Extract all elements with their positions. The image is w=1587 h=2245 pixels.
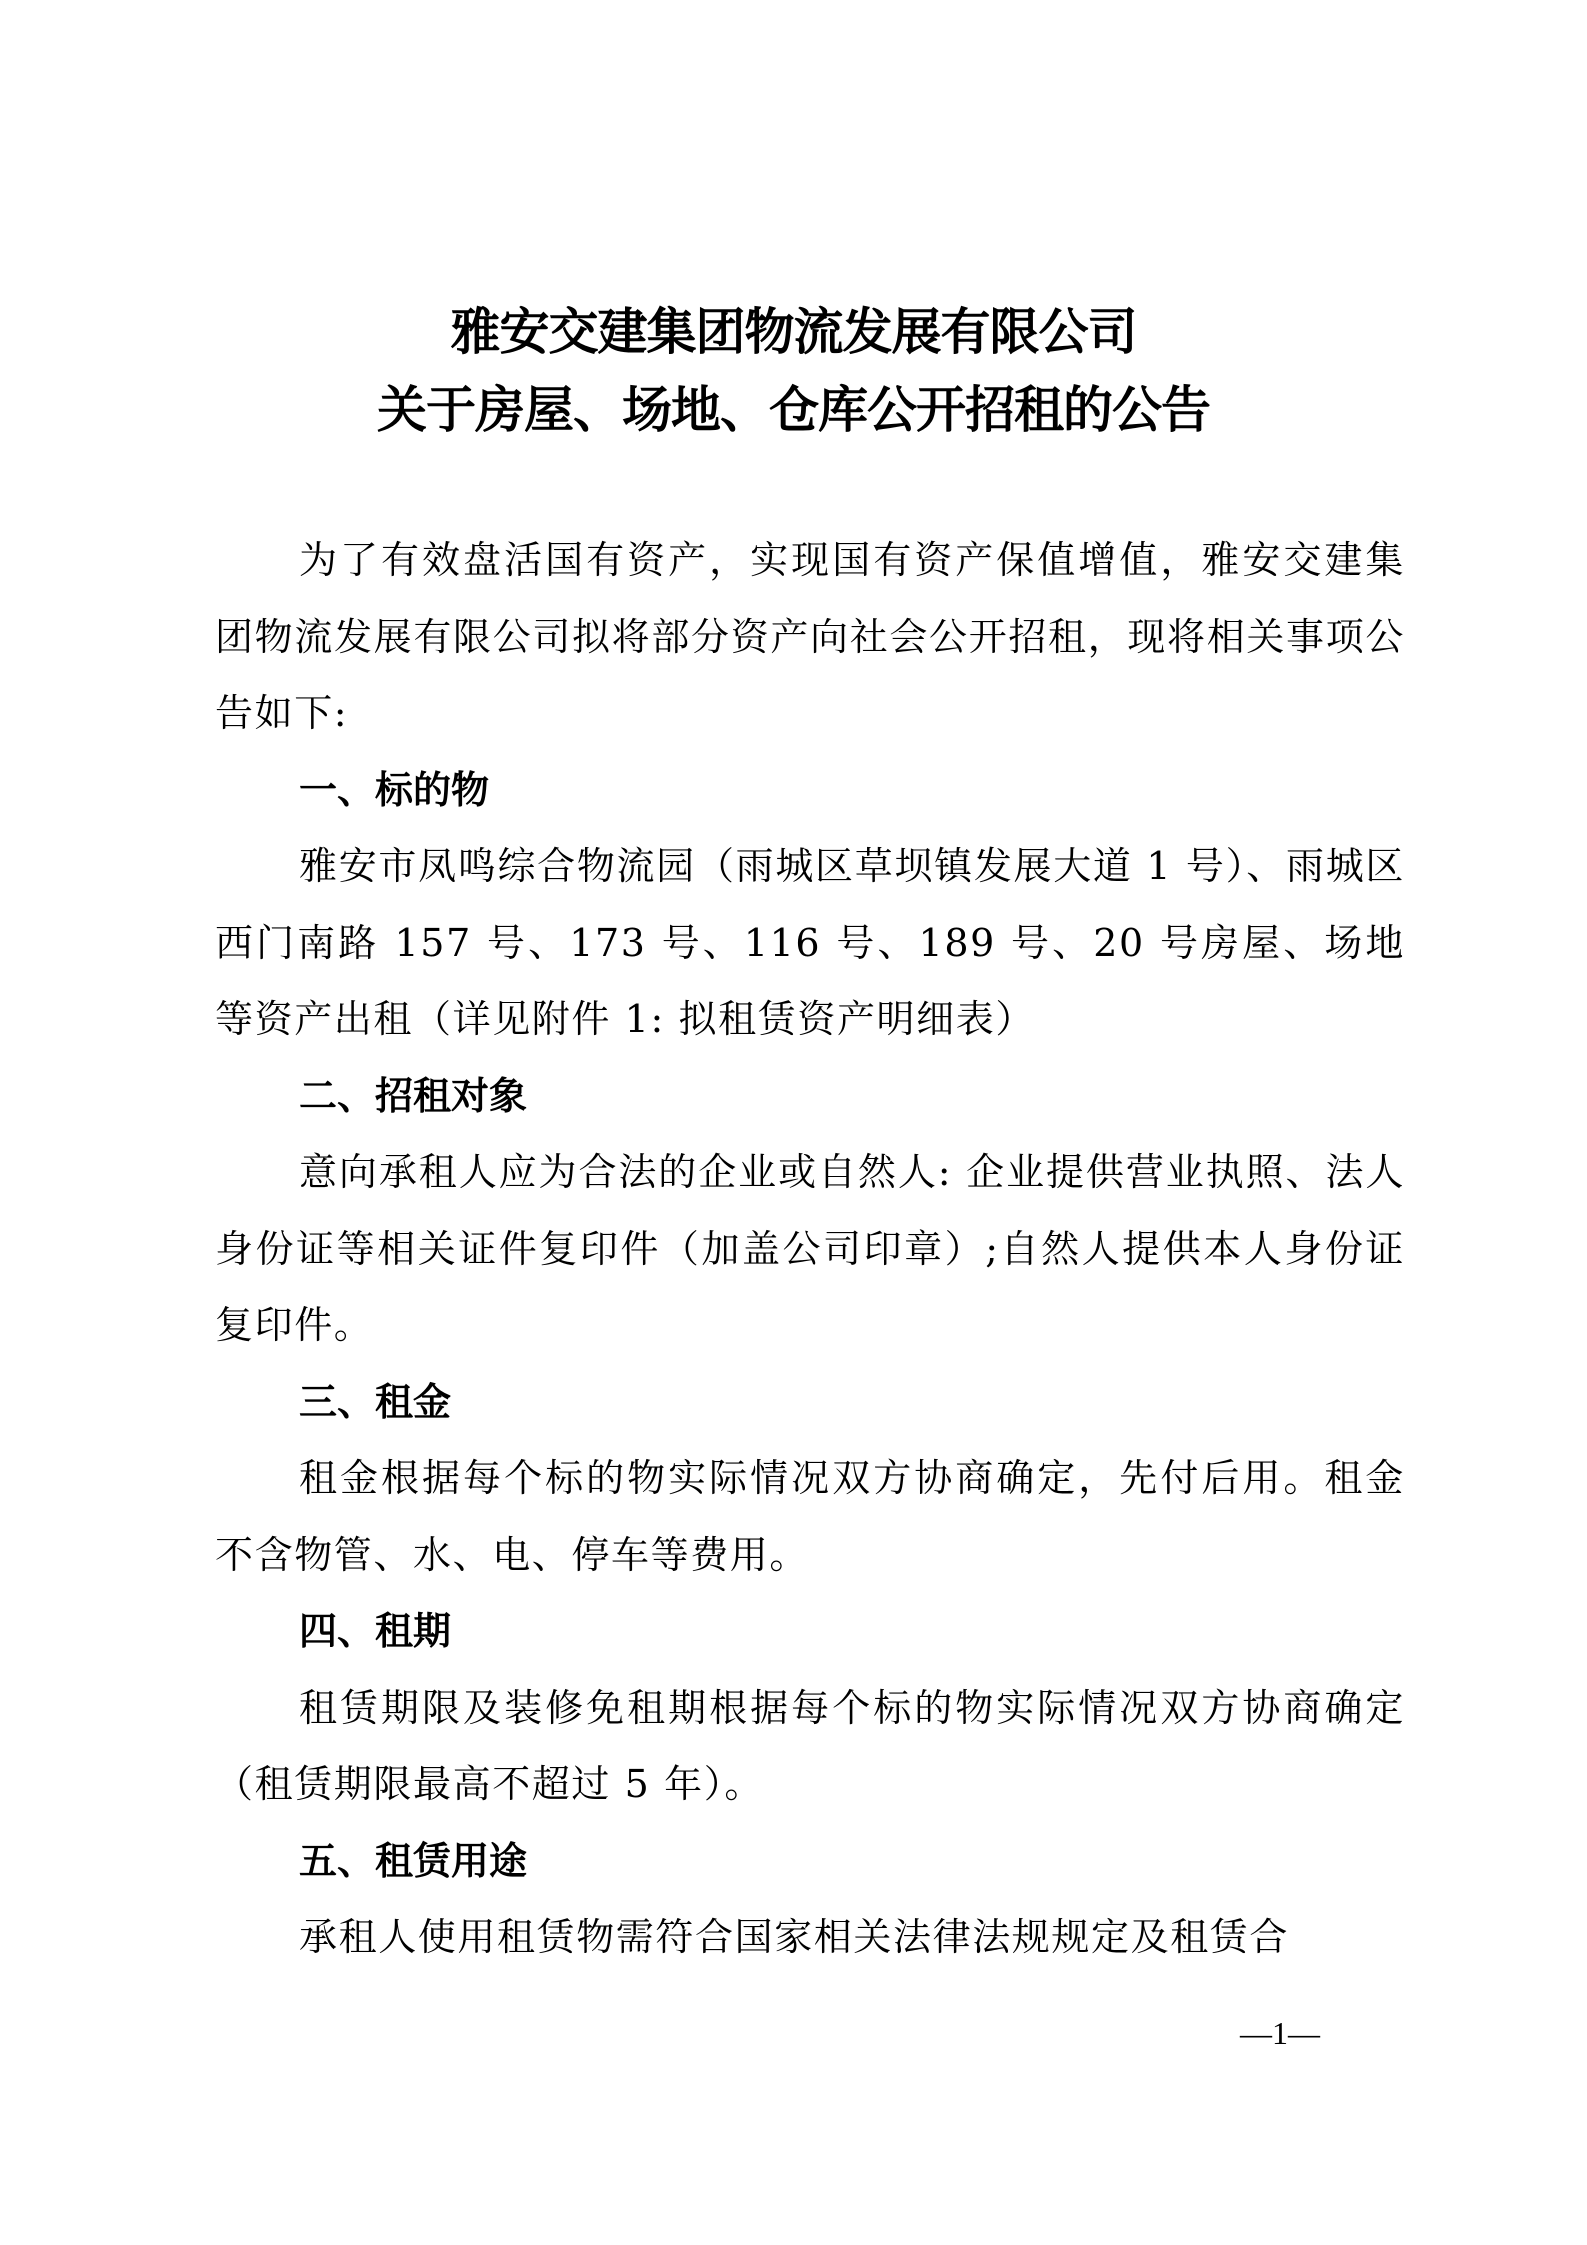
section-heading-term: 四、租期 [215,1593,1405,1670]
section-body-usage: 承租人使用租赁物需符合国家相关法律法规规定及租赁合 [215,1899,1405,1976]
section-body-subject: 雅安市凤鸣综合物流园（雨城区草坝镇发展大道 1 号）、雨城区西门南路 157 号… [215,828,1405,1058]
section-heading-usage: 五、租赁用途 [215,1823,1405,1900]
section-body-term: 租赁期限及装修免租期根据每个标的物实际情况双方协商确定（租赁期限最高不超过 5 … [215,1670,1405,1823]
section-body-tenants: 意向承租人应为合法的企业或自然人: 企业提供营业执照、法人身份证等相关证件复印件… [215,1134,1405,1364]
intro-paragraph: 为了有效盘活国有资产，实现国有资产保值增值，雅安交建集团物流发展有限公司拟将部分… [215,522,1405,752]
section-heading-subject: 一、标的物 [215,752,1405,829]
section-heading-rent: 三、租金 [215,1364,1405,1441]
document-title-line-2: 关于房屋、场地、仓库公开招租的公告 [0,370,1587,442]
page-number: —1— [1240,2015,1320,2052]
document-title-line-1: 雅安交建集团物流发展有限公司 [0,292,1587,364]
document-body: 为了有效盘活国有资产，实现国有资产保值增值，雅安交建集团物流发展有限公司拟将部分… [215,522,1405,1976]
section-body-rent: 租金根据每个标的物实际情况双方协商确定，先付后用。租金不含物管、水、电、停车等费… [215,1440,1405,1593]
section-heading-tenants: 二、招租对象 [215,1058,1405,1135]
